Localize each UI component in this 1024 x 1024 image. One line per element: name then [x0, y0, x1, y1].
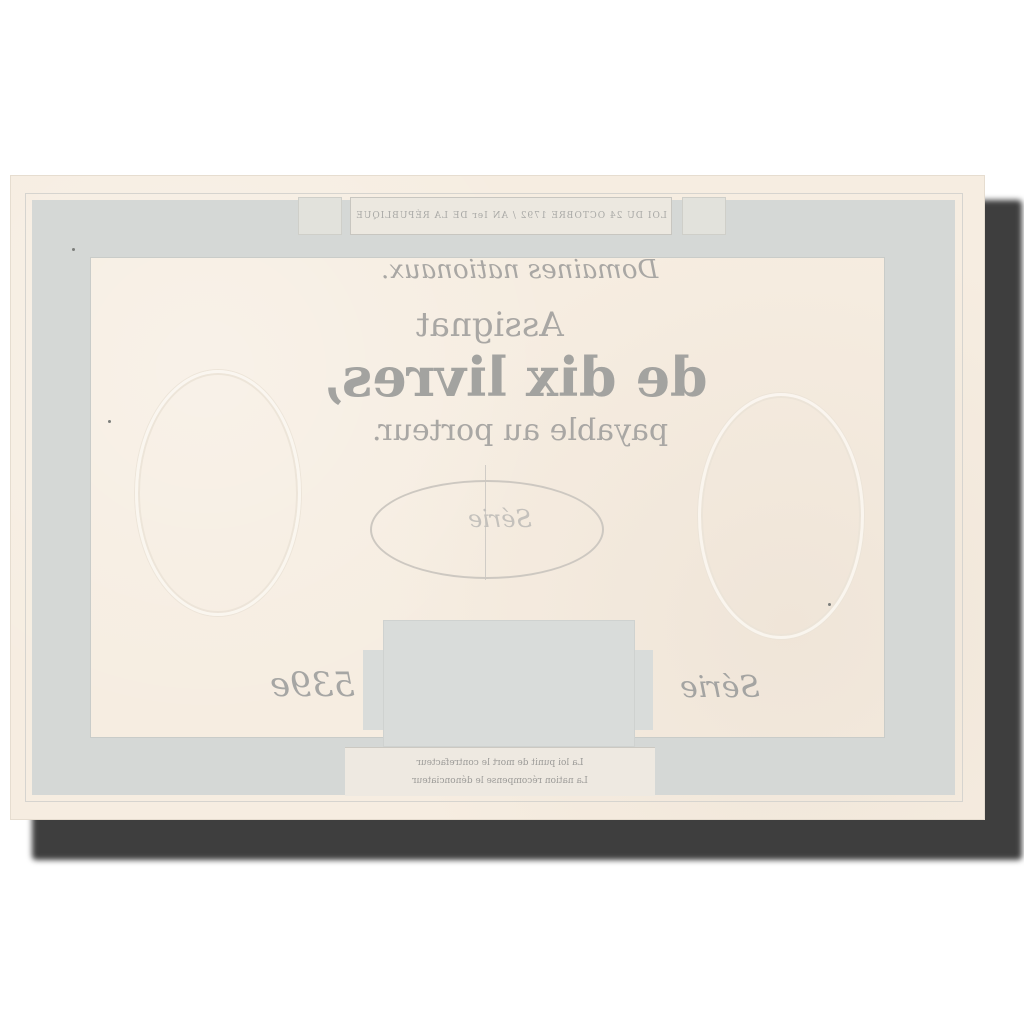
payable-text: payable au porteur. [372, 413, 668, 448]
top-cartouche-text: LOI DU 24 OCTOBRE 1792 / AN Ier DE LA RÉ… [355, 210, 667, 222]
number-box-tab-right [633, 650, 653, 730]
heading-assignat: Assignat [416, 305, 564, 345]
banknote: LOI DU 24 OCTOBRE 1792 / AN Ier DE LA RÉ… [10, 175, 985, 820]
ink-speck [828, 603, 831, 606]
top-cartouche: LOI DU 24 OCTOBRE 1792 / AN Ier DE LA RÉ… [350, 197, 672, 235]
number-box-tab-left [363, 650, 383, 730]
bottom-cartouche-line-1: La loi punit de mort le contrefacteur [417, 758, 584, 768]
top-ornament-left [298, 197, 342, 235]
heading-domaines: Domaines nationaux. [381, 255, 658, 285]
denomination-text: de dix livres, [323, 345, 708, 409]
embossed-medallion-left [135, 370, 301, 616]
top-ornament-right [682, 197, 726, 235]
ink-speck [108, 420, 111, 423]
bottom-cartouche-line-2: La nation récompense le dénonciateur [412, 776, 588, 786]
seal-text: Série [468, 505, 532, 533]
number-box [383, 620, 635, 747]
serie-label: Série [680, 670, 760, 705]
bottom-cartouche: La loi punit de mort le contrefacteur La… [345, 747, 655, 796]
serie-number: 539e [270, 665, 355, 705]
ink-speck [72, 248, 75, 251]
embossed-medallion-right [698, 393, 864, 639]
